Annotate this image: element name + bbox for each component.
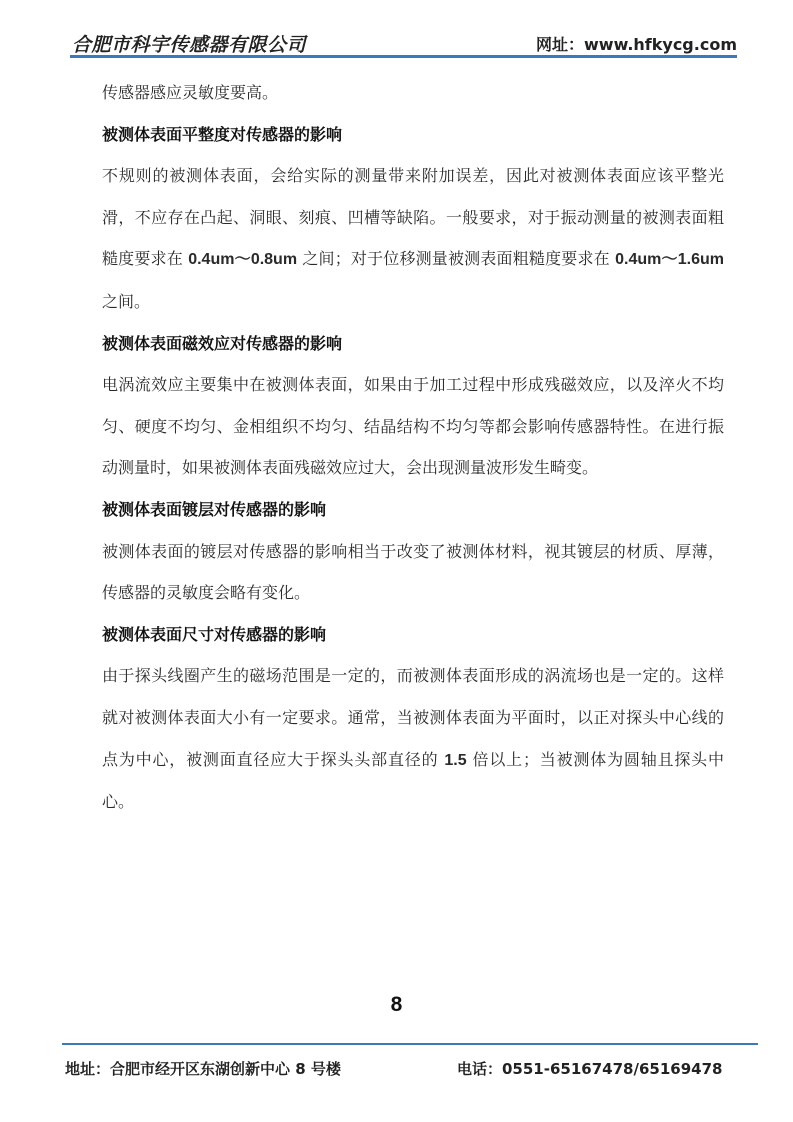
header-divider <box>70 55 737 58</box>
section-heading-coating: 被测体表面镀层对传感器的影响 <box>102 489 724 531</box>
section-heading-magnetic: 被测体表面磁效应对传感器的影响 <box>102 323 724 365</box>
paragraph-magnetic: 电涡流效应主要集中在被测体表面，如果由于加工过程中形成残磁效应，以及淬火不均匀、… <box>102 364 724 489</box>
paragraph-size: 由于探头线圈产生的磁场范围是一定的，而被测体表面形成的涡流场也是一定的。这样就对… <box>102 655 724 822</box>
diameter-ratio: 1.5 <box>444 752 466 769</box>
roughness-range-vibration: 0.4um～0.8um <box>188 251 297 268</box>
paragraph-intro: 传感器感应灵敏度要高。 <box>102 72 724 114</box>
footer-address: 地址：合肥市经开区东湖创新中心 8 号楼 <box>65 1058 341 1079</box>
section-heading-size: 被测体表面尺寸对传感器的影响 <box>102 614 724 656</box>
section-heading-flatness: 被测体表面平整度对传感器的影响 <box>102 114 724 156</box>
paragraph-coating: 被测体表面的镀层对传感器的影响相当于改变了被测体材料，视其镀层的材质、厚薄，传感… <box>102 531 724 614</box>
text-run: 之间。 <box>102 292 150 311</box>
roughness-range-displacement: 0.4um～1.6um <box>615 251 724 268</box>
footer-divider <box>62 1043 758 1045</box>
footer-phone: 电话：0551-65167478/65169478 <box>457 1058 722 1079</box>
website-label: 网址：www.hfkycg.com <box>536 32 737 55</box>
page-header: 合肥市科宇传感器有限公司 网址：www.hfkycg.com <box>70 30 737 58</box>
company-name: 合肥市科宇传感器有限公司 <box>72 30 306 57</box>
page-number: 8 <box>0 993 793 1017</box>
page-footer: 地址：合肥市经开区东湖创新中心 8 号楼 电话：0551-65167478/65… <box>65 1058 745 1082</box>
text-run: 之间；对于位移测量被测表面粗糙度要求在 <box>297 249 615 268</box>
document-body: 传感器感应灵敏度要高。 被测体表面平整度对传感器的影响 不规则的被测体表面，会给… <box>102 72 724 823</box>
paragraph-flatness: 不规则的被测体表面，会给实际的测量带来附加误差，因此对被测体表面应该平整光滑，不… <box>102 155 724 322</box>
